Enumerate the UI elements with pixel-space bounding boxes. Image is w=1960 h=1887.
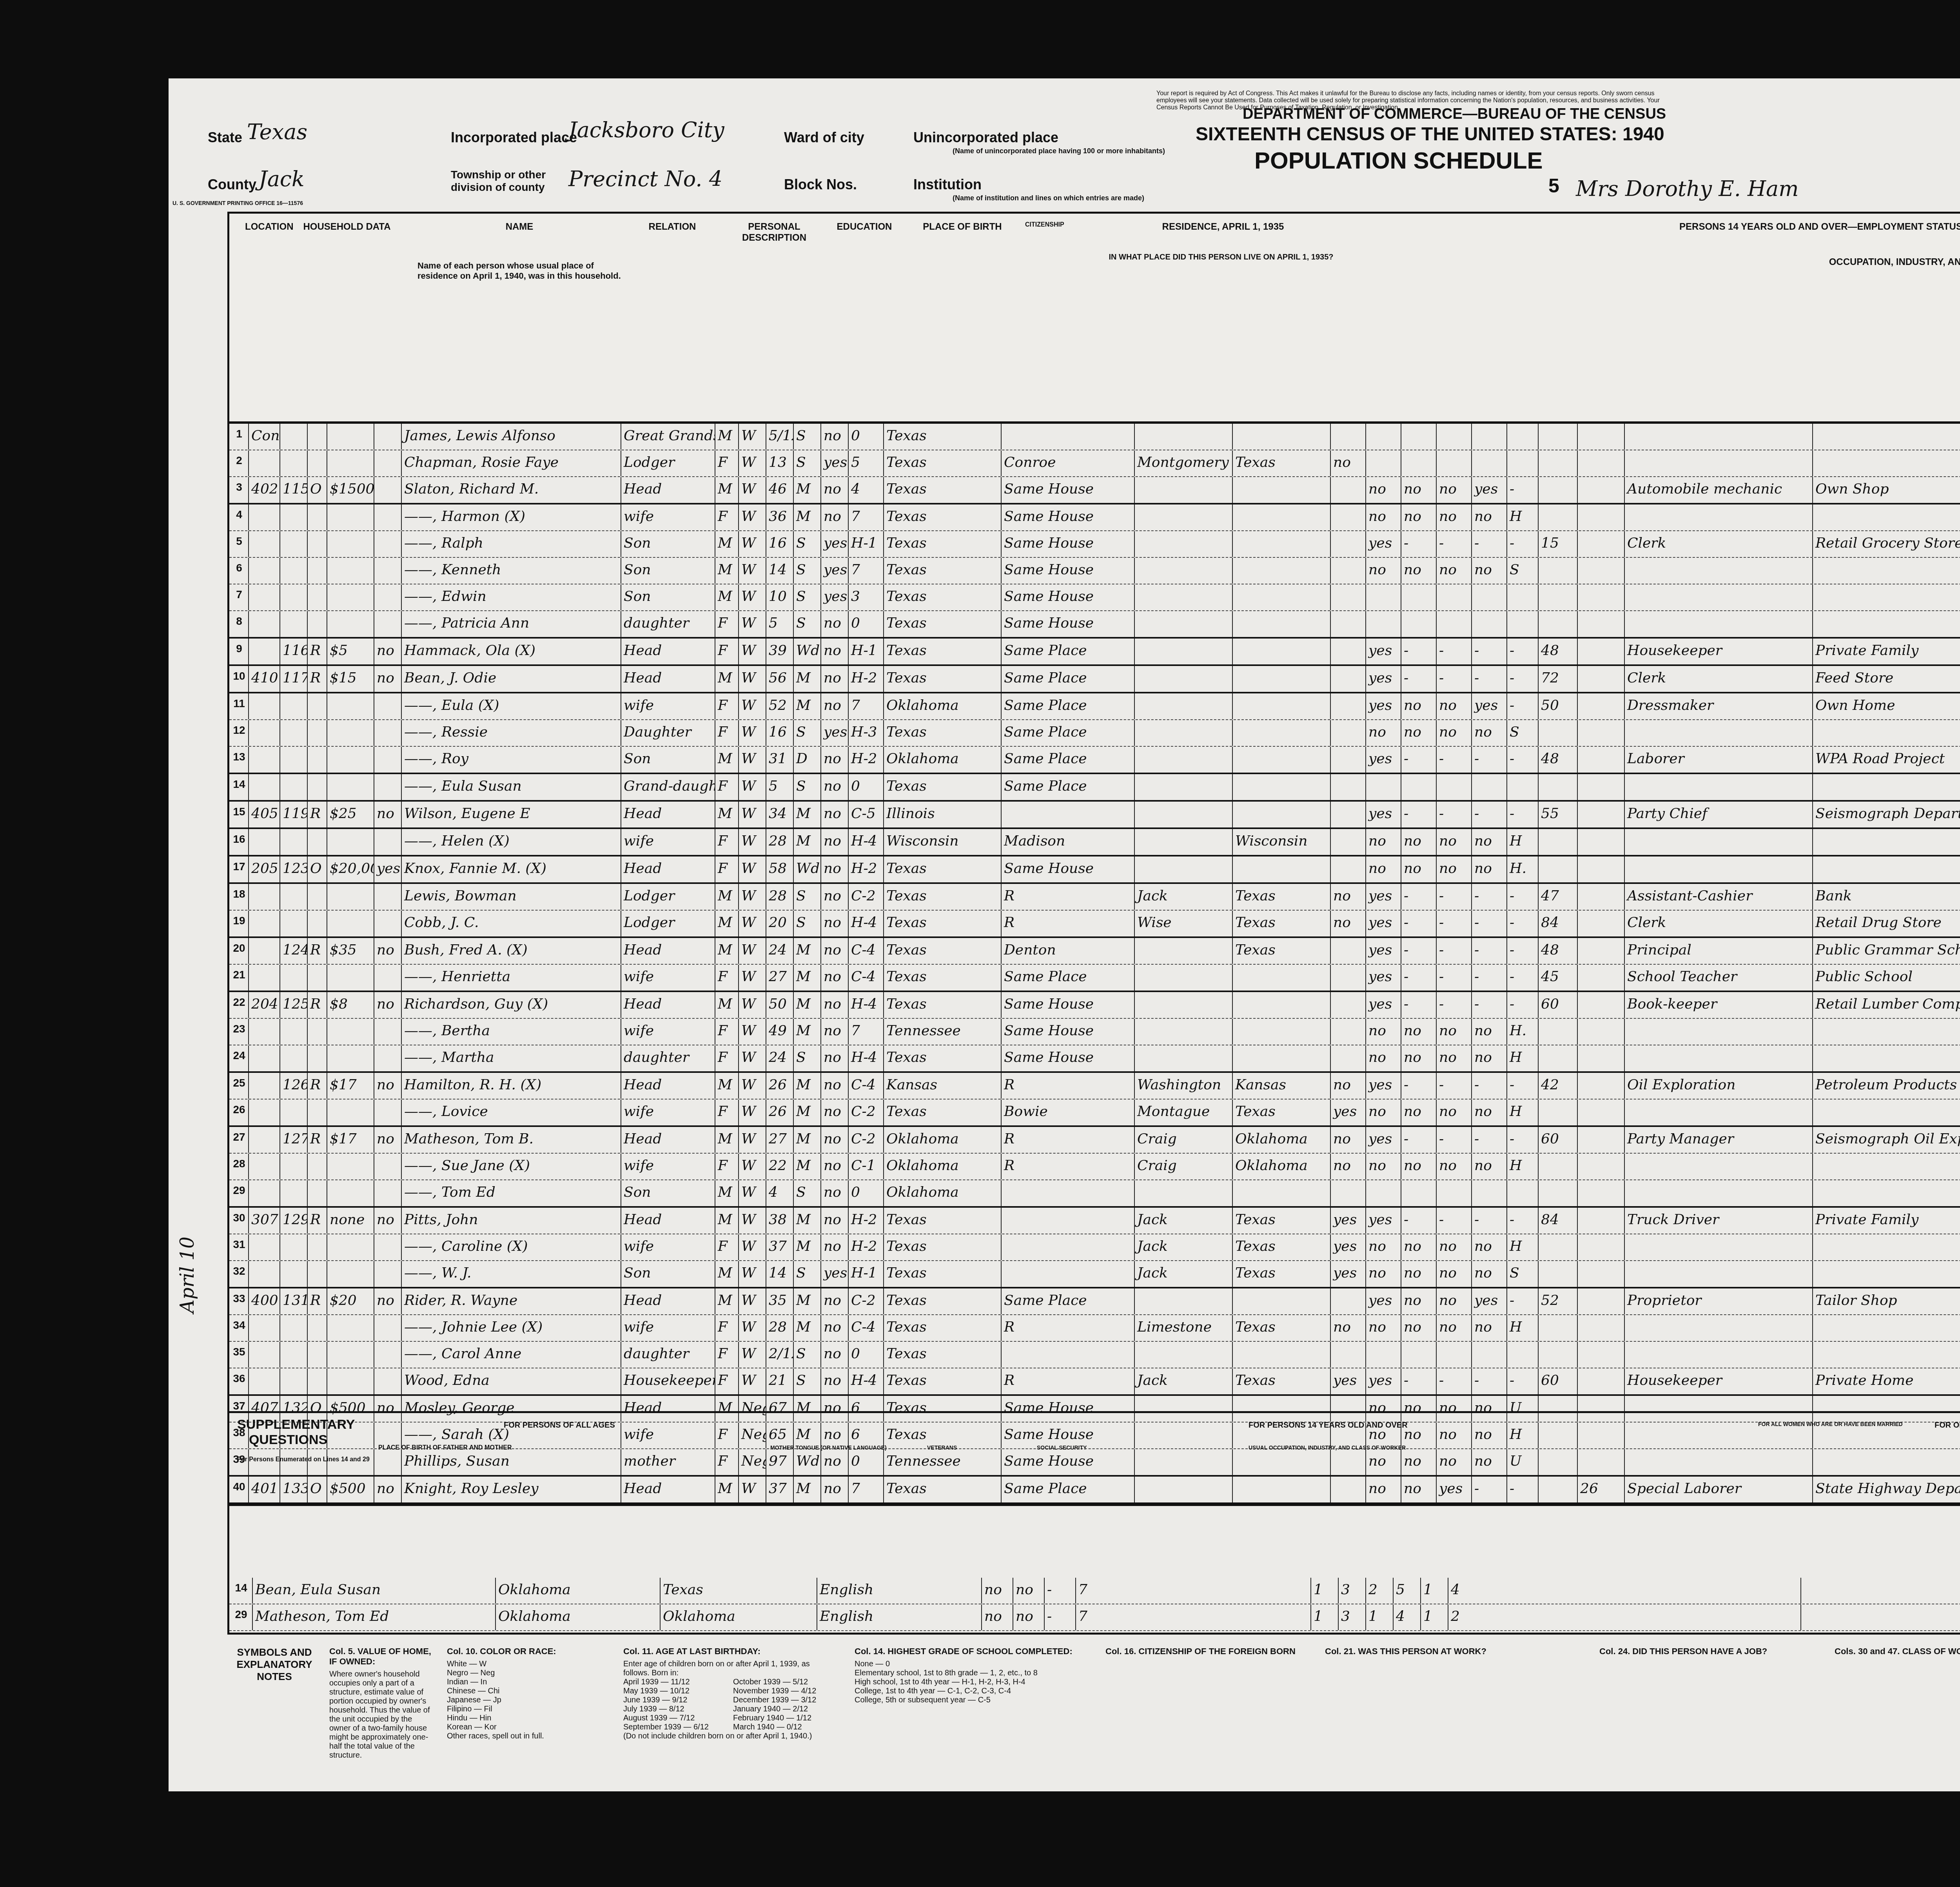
census-title: SIXTEENTH CENSUS OF THE UNITED STATES: 1… bbox=[1196, 123, 1664, 145]
cell-industry bbox=[1813, 829, 1960, 855]
cell-res-state bbox=[1233, 558, 1331, 584]
cell-school: no bbox=[821, 1045, 849, 1071]
cell-industry: Retail Lumber Company bbox=[1813, 992, 1960, 1018]
cell-sex: M bbox=[715, 747, 739, 773]
cell-house bbox=[280, 611, 308, 637]
cell-age: 49 bbox=[766, 1019, 794, 1045]
supp-head-usual-occupation: USUAL OCCUPATION, INDUSTRY, AND CLASS OF… bbox=[1249, 1444, 1406, 1451]
supp-head-social-security: SOCIAL SECURITY bbox=[1037, 1444, 1087, 1451]
cell-farm: no bbox=[374, 1288, 402, 1314]
cell-sex: M bbox=[715, 1073, 739, 1099]
cell-c24: - bbox=[1472, 1208, 1507, 1234]
cell-c27 bbox=[1578, 477, 1625, 503]
cell-c22: no bbox=[1401, 829, 1437, 855]
cell-occupation: Principal bbox=[1625, 938, 1813, 964]
cell-c26: 48 bbox=[1539, 938, 1578, 964]
cell-c24: - bbox=[1472, 938, 1507, 964]
cell-c24: - bbox=[1472, 911, 1507, 936]
cell-occupation bbox=[1625, 450, 1813, 476]
cell-hh bbox=[308, 531, 327, 557]
cell-hh: O bbox=[308, 477, 327, 503]
cell-c26: 47 bbox=[1539, 884, 1578, 910]
cell-farm bbox=[374, 531, 402, 557]
table-row: 27127R$17noMatheson, Tom B.HeadMW27MnoC-… bbox=[229, 1127, 1960, 1154]
cell-res-county bbox=[1135, 802, 1233, 827]
cell-age: 56 bbox=[766, 666, 794, 692]
cell-res-county bbox=[1135, 477, 1233, 503]
group-household: HOUSEHOLD DATA bbox=[292, 221, 402, 232]
cell-line: 29 bbox=[229, 1180, 249, 1206]
cell-c23: no bbox=[1437, 1315, 1472, 1341]
cell-hh bbox=[308, 884, 327, 910]
cell-relation: Head bbox=[621, 666, 715, 692]
table-row: 34——, Johnie Lee (X)wifeFW28MnoC-4TexasR… bbox=[229, 1315, 1960, 1342]
cell-res-city: Same House bbox=[1002, 856, 1135, 882]
cell-c24: no bbox=[1472, 558, 1507, 584]
cell-occupation bbox=[1625, 856, 1813, 882]
cell-hh bbox=[308, 1261, 327, 1287]
cell-res-city: Same Place bbox=[1002, 666, 1135, 692]
cell-sex: F bbox=[715, 720, 739, 746]
cell-name: ——, W. J. bbox=[402, 1261, 621, 1287]
cell-occupation: Automobile mechanic bbox=[1625, 477, 1813, 503]
cell-c22: no bbox=[1401, 558, 1437, 584]
cell-c25: - bbox=[1507, 1208, 1539, 1234]
cell-sex: F bbox=[715, 693, 739, 719]
cell-house bbox=[280, 504, 308, 530]
cell-house bbox=[280, 1234, 308, 1260]
cell-hh bbox=[308, 774, 327, 800]
cell-street bbox=[249, 504, 280, 530]
cell-res-county bbox=[1135, 1045, 1233, 1071]
cell-c25: H bbox=[1507, 1234, 1539, 1260]
table-row: 17205123O$20,000yesKnox, Fannie M. (X)He… bbox=[229, 856, 1960, 884]
cell-house bbox=[280, 774, 308, 800]
cell-farm bbox=[374, 1100, 402, 1125]
cell-res-state bbox=[1233, 693, 1331, 719]
cell-industry bbox=[1813, 424, 1960, 450]
cell-hh bbox=[308, 584, 327, 610]
cell-res-city: Conroe bbox=[1002, 450, 1135, 476]
cell-marital: S bbox=[794, 611, 821, 637]
cell-line: 13 bbox=[229, 747, 249, 773]
cell-res-city: Same House bbox=[1002, 584, 1135, 610]
cell-c23: - bbox=[1437, 531, 1472, 557]
cell-house bbox=[280, 1154, 308, 1179]
cell-house: 131 bbox=[280, 1288, 308, 1314]
cell-farm bbox=[374, 1315, 402, 1341]
cell-occupation bbox=[1625, 774, 1813, 800]
cell-c23 bbox=[1437, 450, 1472, 476]
supp-cell-vet2: no bbox=[1013, 1604, 1045, 1630]
cell-res-county bbox=[1135, 992, 1233, 1018]
cell-sex: F bbox=[715, 504, 739, 530]
cell-birthplace: Texas bbox=[884, 1288, 1002, 1314]
cell-name: Wood, Edna bbox=[402, 1368, 621, 1394]
cell-c24: no bbox=[1472, 1019, 1507, 1045]
cell-c23: - bbox=[1437, 992, 1472, 1018]
cell-res-state: Texas bbox=[1233, 1261, 1331, 1287]
cell-c25 bbox=[1507, 774, 1539, 800]
cell-relation: Head bbox=[621, 856, 715, 882]
cell-relation: wife bbox=[621, 1315, 715, 1341]
cell-c27 bbox=[1578, 720, 1625, 746]
cell-street bbox=[249, 584, 280, 610]
cell-res-farm bbox=[1331, 992, 1366, 1018]
cell-age: 37 bbox=[766, 1234, 794, 1260]
group-relation: RELATION bbox=[625, 221, 719, 232]
cell-birthplace: Texas bbox=[884, 911, 1002, 936]
cell-res-state: Texas bbox=[1233, 1234, 1331, 1260]
cell-relation: wife bbox=[621, 829, 715, 855]
table-row: 7——, EdwinSonMW10Syes3TexasSame House7 bbox=[229, 584, 1960, 611]
cell-grade: H-2 bbox=[849, 1234, 884, 1260]
cell-c22: no bbox=[1401, 1288, 1437, 1314]
cell-c26 bbox=[1539, 856, 1578, 882]
cell-res-state: Texas bbox=[1233, 1100, 1331, 1125]
cell-school: no bbox=[821, 1234, 849, 1260]
cell-c26 bbox=[1539, 558, 1578, 584]
cell-res-city bbox=[1002, 1180, 1135, 1206]
cell-street bbox=[249, 911, 280, 936]
cell-c23: no bbox=[1437, 720, 1472, 746]
cell-c23: no bbox=[1437, 1288, 1472, 1314]
cell-c25: - bbox=[1507, 747, 1539, 773]
cell-house bbox=[280, 424, 308, 450]
cell-c27 bbox=[1578, 965, 1625, 991]
table-row: 31——, Caroline (X)wifeFW37MnoH-2TexasJac… bbox=[229, 1234, 1960, 1261]
cell-farm bbox=[374, 504, 402, 530]
cell-marital: S bbox=[794, 1342, 821, 1368]
cell-c22 bbox=[1401, 1180, 1437, 1206]
cell-c25 bbox=[1507, 1342, 1539, 1368]
cell-race: W bbox=[739, 450, 766, 476]
cell-res-county bbox=[1135, 504, 1233, 530]
cell-c23: no bbox=[1437, 856, 1472, 882]
cell-res-state bbox=[1233, 1045, 1331, 1071]
cell-industry: WPA Road Project bbox=[1813, 747, 1960, 773]
cell-school: no bbox=[821, 1315, 849, 1341]
cell-c23 bbox=[1437, 774, 1472, 800]
cell-c27 bbox=[1578, 504, 1625, 530]
cell-age: 31 bbox=[766, 747, 794, 773]
cell-grade: C-4 bbox=[849, 965, 884, 991]
cell-marital: M bbox=[794, 1288, 821, 1314]
cell-age: 52 bbox=[766, 693, 794, 719]
cell-line: 6 bbox=[229, 558, 249, 584]
cell-res-county bbox=[1135, 774, 1233, 800]
cell-industry: Own Shop bbox=[1813, 477, 1960, 503]
cell-c25: - bbox=[1507, 693, 1539, 719]
cell-tenure bbox=[327, 1180, 374, 1206]
cell-tenure bbox=[327, 1154, 374, 1179]
cell-grade: 0 bbox=[849, 1342, 884, 1368]
cell-age: 16 bbox=[766, 531, 794, 557]
cell-relation: Son bbox=[621, 1180, 715, 1206]
cell-relation: Head bbox=[621, 639, 715, 664]
cell-res-county bbox=[1135, 1180, 1233, 1206]
cell-c26 bbox=[1539, 1100, 1578, 1125]
cell-occupation: Truck Driver bbox=[1625, 1208, 1813, 1234]
cell-res-county: Jack bbox=[1135, 1261, 1233, 1287]
cell-race: W bbox=[739, 477, 766, 503]
cell-res-state bbox=[1233, 720, 1331, 746]
cell-hh bbox=[308, 965, 327, 991]
cell-farm bbox=[374, 1154, 402, 1179]
cell-c27 bbox=[1578, 1315, 1625, 1341]
cell-tenure bbox=[327, 424, 374, 450]
cell-c23: - bbox=[1437, 1368, 1472, 1394]
cell-marital: S bbox=[794, 1368, 821, 1394]
cell-grade: H-4 bbox=[849, 1368, 884, 1394]
cell-tenure: $15 bbox=[327, 666, 374, 692]
cell-industry: Bank bbox=[1813, 884, 1960, 910]
cell-c26 bbox=[1539, 477, 1578, 503]
cell-line: 10 bbox=[229, 666, 249, 692]
cell-res-farm bbox=[1331, 611, 1366, 637]
cell-marital: S bbox=[794, 424, 821, 450]
cell-c22 bbox=[1401, 424, 1437, 450]
cell-street bbox=[249, 639, 280, 664]
cell-race: W bbox=[739, 558, 766, 584]
cell-farm bbox=[374, 1368, 402, 1394]
cell-c27 bbox=[1578, 884, 1625, 910]
cell-c23: - bbox=[1437, 884, 1472, 910]
cell-res-farm: yes bbox=[1331, 1100, 1366, 1125]
cell-res-county bbox=[1135, 747, 1233, 773]
table-row: 16——, Helen (X)wifeFW28MnoH-4WisconsinMa… bbox=[229, 829, 1960, 856]
cell-c26 bbox=[1539, 504, 1578, 530]
cell-relation: Head bbox=[621, 1208, 715, 1234]
legend-notes: SYMBOLS AND EXPLANATORY NOTES Col. 5. VA… bbox=[227, 1646, 1960, 1776]
cell-name: ——, Edwin bbox=[402, 584, 621, 610]
table-row: 4——, Harmon (X)wifeFW36Mno7TexasSame Hou… bbox=[229, 504, 1960, 531]
cell-street bbox=[249, 1073, 280, 1099]
cell-c24: - bbox=[1472, 802, 1507, 827]
supp-cell-m: 2 bbox=[1366, 1578, 1394, 1604]
cell-c26: 52 bbox=[1539, 1288, 1578, 1314]
cell-grade: 0 bbox=[849, 424, 884, 450]
cell-c22: - bbox=[1401, 1368, 1437, 1394]
cell-marital: M bbox=[794, 829, 821, 855]
cell-occupation: Assistant-Cashier bbox=[1625, 884, 1813, 910]
cell-res-state: Texas bbox=[1233, 1208, 1331, 1234]
cell-line: 7 bbox=[229, 584, 249, 610]
cell-school: no bbox=[821, 747, 849, 773]
cell-street bbox=[249, 720, 280, 746]
cell-res-state: Texas bbox=[1233, 1368, 1331, 1394]
cell-marital: S bbox=[794, 720, 821, 746]
cell-tenure: $17 bbox=[327, 1073, 374, 1099]
legend-col30: Cols. 30 and 47. CLASS OF WORKER: bbox=[1835, 1646, 1960, 1660]
cell-farm bbox=[374, 774, 402, 800]
cell-relation: Head bbox=[621, 1288, 715, 1314]
cell-res-farm bbox=[1331, 856, 1366, 882]
cell-farm bbox=[374, 424, 402, 450]
cell-res-farm: no bbox=[1331, 450, 1366, 476]
cell-occupation bbox=[1625, 584, 1813, 610]
cell-hh: R bbox=[308, 1288, 327, 1314]
cell-occupation: Housekeeper bbox=[1625, 1368, 1813, 1394]
cell-name: James, Lewis Alfonso bbox=[402, 424, 621, 450]
cell-industry: Retail Grocery Store bbox=[1813, 531, 1960, 557]
table-row: 2Chapman, Rosie FayeLodgerFW13Syes5Texas… bbox=[229, 450, 1960, 477]
cell-name: Rider, R. Wayne bbox=[402, 1288, 621, 1314]
cell-name: Richardson, Guy (X) bbox=[402, 992, 621, 1018]
cell-c26: 42 bbox=[1539, 1073, 1578, 1099]
cell-c26: 60 bbox=[1539, 1368, 1578, 1394]
cell-street bbox=[249, 558, 280, 584]
cell-res-state bbox=[1233, 802, 1331, 827]
cell-res-city: R bbox=[1002, 1154, 1135, 1179]
cell-res-city bbox=[1002, 1342, 1135, 1368]
cell-name: Lewis, Bowman bbox=[402, 884, 621, 910]
cell-res-farm: yes bbox=[1331, 1234, 1366, 1260]
cell-birthplace: Texas bbox=[884, 477, 1002, 503]
table-row: 3402115O$1500Slaton, Richard M.HeadMW46M… bbox=[229, 477, 1960, 504]
cell-house: 115 bbox=[280, 477, 308, 503]
cell-res-farm: no bbox=[1331, 1127, 1366, 1153]
cell-farm bbox=[374, 1234, 402, 1260]
cell-c24: - bbox=[1472, 965, 1507, 991]
cell-farm: no bbox=[374, 1208, 402, 1234]
cell-relation: wife bbox=[621, 1154, 715, 1179]
symbols-title: SYMBOLS AND EXPLANATORY NOTES bbox=[235, 1646, 314, 1683]
cell-school: no bbox=[821, 884, 849, 910]
cell-c25 bbox=[1507, 1180, 1539, 1206]
cell-birthplace: Texas bbox=[884, 531, 1002, 557]
cell-grade: H-1 bbox=[849, 1261, 884, 1287]
cell-house bbox=[280, 747, 308, 773]
cell-tenure bbox=[327, 829, 374, 855]
cell-farm bbox=[374, 693, 402, 719]
cell-tenure bbox=[327, 1045, 374, 1071]
cell-c24 bbox=[1472, 584, 1507, 610]
cell-res-farm bbox=[1331, 829, 1366, 855]
unincorporated-note: (Name of unincorporated place having 100… bbox=[953, 147, 1165, 155]
cell-street bbox=[249, 1261, 280, 1287]
cell-res-county bbox=[1135, 611, 1233, 637]
cell-c27 bbox=[1578, 747, 1625, 773]
cell-grade: H-4 bbox=[849, 992, 884, 1018]
cell-age: 50 bbox=[766, 992, 794, 1018]
cell-c21: yes bbox=[1366, 965, 1401, 991]
cell-c22: no bbox=[1401, 504, 1437, 530]
cell-marital: M bbox=[794, 693, 821, 719]
cell-school: no bbox=[821, 829, 849, 855]
cell-race: W bbox=[739, 802, 766, 827]
table-row: 23——, BerthawifeFW49Mno7TennesseeSame Ho… bbox=[229, 1019, 1960, 1045]
supplementary-row: 29Matheson, Tom EdOklahomaOklahomaEnglis… bbox=[229, 1604, 1960, 1631]
cell-c26 bbox=[1539, 424, 1578, 450]
cell-tenure bbox=[327, 1234, 374, 1260]
cell-school: no bbox=[821, 1368, 849, 1394]
cell-sex: F bbox=[715, 1342, 739, 1368]
cell-grade: C-1 bbox=[849, 1154, 884, 1179]
cell-marital: S bbox=[794, 450, 821, 476]
cell-birthplace: Texas bbox=[884, 1261, 1002, 1287]
cell-res-farm: no bbox=[1331, 884, 1366, 910]
cell-c22: no bbox=[1401, 477, 1437, 503]
cell-relation: daughter bbox=[621, 611, 715, 637]
cell-tenure bbox=[327, 1019, 374, 1045]
cell-house bbox=[280, 1315, 308, 1341]
cell-industry: Retail Drug Store bbox=[1813, 911, 1960, 936]
supp-cell-tongue: English bbox=[817, 1604, 982, 1630]
cell-house bbox=[280, 965, 308, 991]
cell-age: 5 bbox=[766, 774, 794, 800]
cell-c24 bbox=[1472, 1342, 1507, 1368]
cell-occupation bbox=[1625, 1045, 1813, 1071]
cell-c27 bbox=[1578, 1208, 1625, 1234]
cell-c24: - bbox=[1472, 747, 1507, 773]
cell-hh bbox=[308, 1315, 327, 1341]
cell-c24: - bbox=[1472, 1127, 1507, 1153]
cell-line: 21 bbox=[229, 965, 249, 991]
cell-birthplace: Texas bbox=[884, 424, 1002, 450]
cell-house bbox=[280, 720, 308, 746]
cell-birthplace: Texas bbox=[884, 1342, 1002, 1368]
cell-res-state: Wisconsin bbox=[1233, 829, 1331, 855]
cell-name: Matheson, Tom B. bbox=[402, 1127, 621, 1153]
cell-grade: 0 bbox=[849, 1180, 884, 1206]
cell-tenure bbox=[327, 1100, 374, 1125]
supp-cell-name: Bean, Eula Susan bbox=[253, 1578, 496, 1604]
supp-cell-o: 1 bbox=[1421, 1604, 1448, 1630]
cell-race: W bbox=[739, 666, 766, 692]
group-occupation: OCCUPATION, INDUSTRY, AND CLASS OF WORKE… bbox=[1770, 257, 1960, 268]
cell-age: 58 bbox=[766, 856, 794, 882]
cell-occupation: School Teacher bbox=[1625, 965, 1813, 991]
cell-relation: Head bbox=[621, 1127, 715, 1153]
cell-res-city: Same House bbox=[1002, 558, 1135, 584]
cell-res-county bbox=[1135, 558, 1233, 584]
cell-house: 117 bbox=[280, 666, 308, 692]
cell-race: W bbox=[739, 1234, 766, 1260]
cell-farm: no bbox=[374, 938, 402, 964]
cell-c25 bbox=[1507, 584, 1539, 610]
cell-marital: M bbox=[794, 1127, 821, 1153]
township-value: Precinct No. 4 bbox=[568, 167, 722, 191]
cell-name: ——, Kenneth bbox=[402, 558, 621, 584]
cell-birthplace: Texas bbox=[884, 1100, 1002, 1125]
cell-c25: H bbox=[1507, 1154, 1539, 1179]
cell-name: Knox, Fannie M. (X) bbox=[402, 856, 621, 882]
cell-race: W bbox=[739, 639, 766, 664]
cell-name: Wilson, Eugene E bbox=[402, 802, 621, 827]
cell-res-farm bbox=[1331, 747, 1366, 773]
col14-title: Col. 14. HIGHEST GRADE OF SCHOOL COMPLET… bbox=[855, 1646, 1074, 1657]
table-row: 14——, Eula SusanGrand-daughterFW5Sno0Tex… bbox=[229, 774, 1960, 802]
cell-grade: 3 bbox=[849, 584, 884, 610]
cell-race: W bbox=[739, 774, 766, 800]
cell-line: 28 bbox=[229, 1154, 249, 1179]
cell-hh bbox=[308, 1100, 327, 1125]
table-row: 30307129RnonenoPitts, JohnHeadMW38MnoH-2… bbox=[229, 1208, 1960, 1234]
table-row: 24——, MarthadaughterFW24SnoH-4TexasSame … bbox=[229, 1045, 1960, 1073]
table-row: 8——, Patricia AnndaughterFW5Sno0TexasSam… bbox=[229, 611, 1960, 639]
cell-street bbox=[249, 1368, 280, 1394]
cell-res-city bbox=[1002, 1234, 1135, 1260]
cell-school: no bbox=[821, 639, 849, 664]
legend-item: College, 5th or subsequent year — C-5 bbox=[855, 1696, 1074, 1705]
cell-school: no bbox=[821, 1342, 849, 1368]
cell-c26 bbox=[1539, 720, 1578, 746]
cell-res-farm: no bbox=[1331, 1073, 1366, 1099]
cell-res-city: Madison bbox=[1002, 829, 1135, 855]
cell-industry: Tailor Shop bbox=[1813, 1288, 1960, 1314]
cell-age: 2/12 bbox=[766, 1342, 794, 1368]
